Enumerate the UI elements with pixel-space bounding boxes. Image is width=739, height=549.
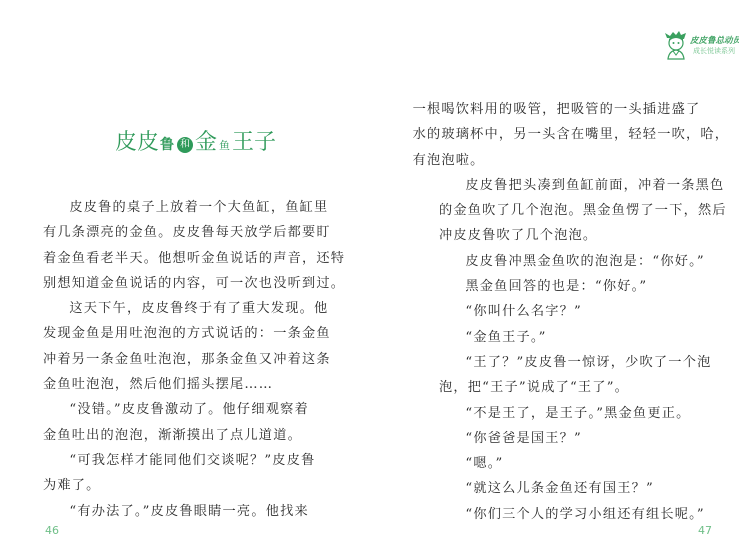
text-line: 泡，把“王子”说成了“王了”。 bbox=[413, 375, 729, 400]
text-line: 的金鱼吹了几个泡泡。黑金鱼愣了一下，然后 bbox=[413, 198, 729, 223]
text-line: “你爸爸是国王？” bbox=[439, 426, 729, 451]
character-icon bbox=[664, 30, 688, 60]
text-line: “王了？”皮皮鲁一惊讶，少吹了一个泡 bbox=[439, 350, 729, 375]
text-line: 一根喝饮料用的吸管，把吸管的一头插进盛了 bbox=[413, 97, 729, 122]
paragraph: “金鱼王子。” bbox=[439, 325, 729, 350]
paragraph: 皮皮鲁把头凑到鱼缸前面，冲着一条黑色 的金鱼吹了几个泡泡。黑金鱼愣了一下，然后 … bbox=[439, 173, 729, 249]
series-logo-title: 皮皮鲁总动员 bbox=[690, 34, 739, 46]
left-page: 皮皮 鲁 和 金 鱼 王子 皮皮鲁的桌子上放着一个大鱼缸，鱼缸里 有几条漂亮的金… bbox=[0, 0, 369, 549]
chapter-title-part: 王子 bbox=[232, 128, 276, 158]
text-line: 有泡泡啦。 bbox=[413, 148, 729, 173]
series-logo: 皮皮鲁总动员 成长悦读系列 bbox=[662, 30, 739, 60]
text-line: 皮皮鲁冲黑金鱼吹的泡泡是：“你好。” bbox=[439, 249, 729, 274]
paragraph: “嗯。” bbox=[439, 451, 729, 476]
text-line: 金鱼吐出的泡泡，渐渐摸出了点儿道道。 bbox=[17, 423, 327, 448]
text-line: 为难了。 bbox=[17, 473, 327, 498]
chapter-title-circle: 和 bbox=[177, 137, 193, 153]
paragraph: 一根喝饮料用的吸管，把吸管的一头插进盛了 水的玻璃杯中，另一头含在嘴里，轻轻一吹… bbox=[439, 97, 729, 173]
right-body-text: 一根喝饮料用的吸管，把吸管的一头插进盛了 水的玻璃杯中，另一头含在嘴里，轻轻一吹… bbox=[439, 97, 729, 527]
page-number: 46 bbox=[45, 524, 59, 537]
text-line: “嗯。” bbox=[439, 451, 729, 476]
text-line: 冲着另一条金鱼吐泡泡，那条金鱼又冲着这条 bbox=[17, 347, 327, 372]
paragraph: 黑金鱼回答的也是：“你好。” bbox=[439, 274, 729, 299]
text-line: 有几条漂亮的金鱼。皮皮鲁每天放学后都要盯 bbox=[17, 220, 327, 245]
text-line: “不是王了，是王子。”黑金鱼更正。 bbox=[439, 401, 729, 426]
paragraph: “王了？”皮皮鲁一惊讶，少吹了一个泡 泡，把“王子”说成了“王了”。 bbox=[439, 350, 729, 401]
series-logo-subtitle: 成长悦读系列 bbox=[693, 46, 735, 56]
text-line: “你们三个人的学习小组还有组长呢。” bbox=[439, 502, 729, 527]
text-line: 着金鱼看老半天。他想听金鱼说话的声音，还特 bbox=[17, 246, 327, 271]
paragraph: 皮皮鲁的桌子上放着一个大鱼缸，鱼缸里 有几条漂亮的金鱼。皮皮鲁每天放学后都要盯 … bbox=[43, 195, 327, 296]
chapter-title-part: 鲁 bbox=[160, 130, 174, 160]
text-line: “可我怎样才能同他们交谈呢？”皮皮鲁 bbox=[43, 448, 327, 473]
left-body-text: 皮皮鲁的桌子上放着一个大鱼缸，鱼缸里 有几条漂亮的金鱼。皮皮鲁每天放学后都要盯 … bbox=[43, 195, 327, 524]
text-line: “没错。”皮皮鲁激动了。他仔细观察着 bbox=[43, 397, 327, 422]
paragraph: “你爸爸是国王？” bbox=[439, 426, 729, 451]
chapter-title-part: 鱼 bbox=[219, 131, 230, 161]
text-line: 金鱼吐泡泡，然后他们摇头摆尾…… bbox=[17, 372, 327, 397]
text-line: “就这么儿条金鱼还有国王？” bbox=[439, 476, 729, 501]
paragraph: “你叫什么名字？” bbox=[439, 299, 729, 324]
chapter-title: 皮皮 鲁 和 金 鱼 王子 bbox=[115, 128, 276, 158]
text-line: “有办法了。”皮皮鲁眼睛一亮。他找来 bbox=[43, 499, 327, 524]
chapter-title-part: 皮皮 bbox=[115, 128, 159, 158]
text-line: 皮皮鲁把头凑到鱼缸前面，冲着一条黑色 bbox=[439, 173, 729, 198]
chapter-title-part: 金 bbox=[195, 128, 217, 158]
text-line: “金鱼王子。” bbox=[439, 325, 729, 350]
paragraph: “没错。”皮皮鲁激动了。他仔细观察着 金鱼吐出的泡泡，渐渐摸出了点儿道道。 bbox=[43, 397, 327, 448]
paragraph: “可我怎样才能同他们交谈呢？”皮皮鲁 为难了。 bbox=[43, 448, 327, 499]
paragraph: “就这么儿条金鱼还有国王？” bbox=[439, 476, 729, 501]
paragraph: 这天下午，皮皮鲁终于有了重大发现。他 发现金鱼是用吐泡泡的方式说话的：一条金鱼 … bbox=[43, 296, 327, 397]
text-line: 这天下午，皮皮鲁终于有了重大发现。他 bbox=[43, 296, 327, 321]
paragraph: 皮皮鲁冲黑金鱼吹的泡泡是：“你好。” bbox=[439, 249, 729, 274]
text-line: 冲皮皮鲁吹了几个泡泡。 bbox=[413, 223, 729, 248]
text-line: 水的玻璃杯中，另一头含在嘴里，轻轻一吹，哈， bbox=[413, 122, 729, 147]
paragraph: “你们三个人的学习小组还有组长呢。” bbox=[439, 502, 729, 527]
text-line: 皮皮鲁的桌子上放着一个大鱼缸，鱼缸里 bbox=[43, 195, 327, 220]
text-line: “你叫什么名字？” bbox=[439, 299, 729, 324]
text-line: 黑金鱼回答的也是：“你好。” bbox=[439, 274, 729, 299]
paragraph: “有办法了。”皮皮鲁眼睛一亮。他找来 bbox=[43, 499, 327, 524]
page-number: 47 bbox=[698, 524, 712, 537]
paragraph: “不是王了，是王子。”黑金鱼更正。 bbox=[439, 401, 729, 426]
right-page: 皮皮鲁总动员 成长悦读系列 一根喝饮料用的吸管，把吸管的一头插进盛了 水的玻璃杯… bbox=[369, 0, 739, 549]
text-line: 别想知道金鱼说话的内容，可一次也没听到过。 bbox=[17, 271, 327, 296]
text-line: 发现金鱼是用吐泡泡的方式说话的：一条金鱼 bbox=[17, 321, 327, 346]
